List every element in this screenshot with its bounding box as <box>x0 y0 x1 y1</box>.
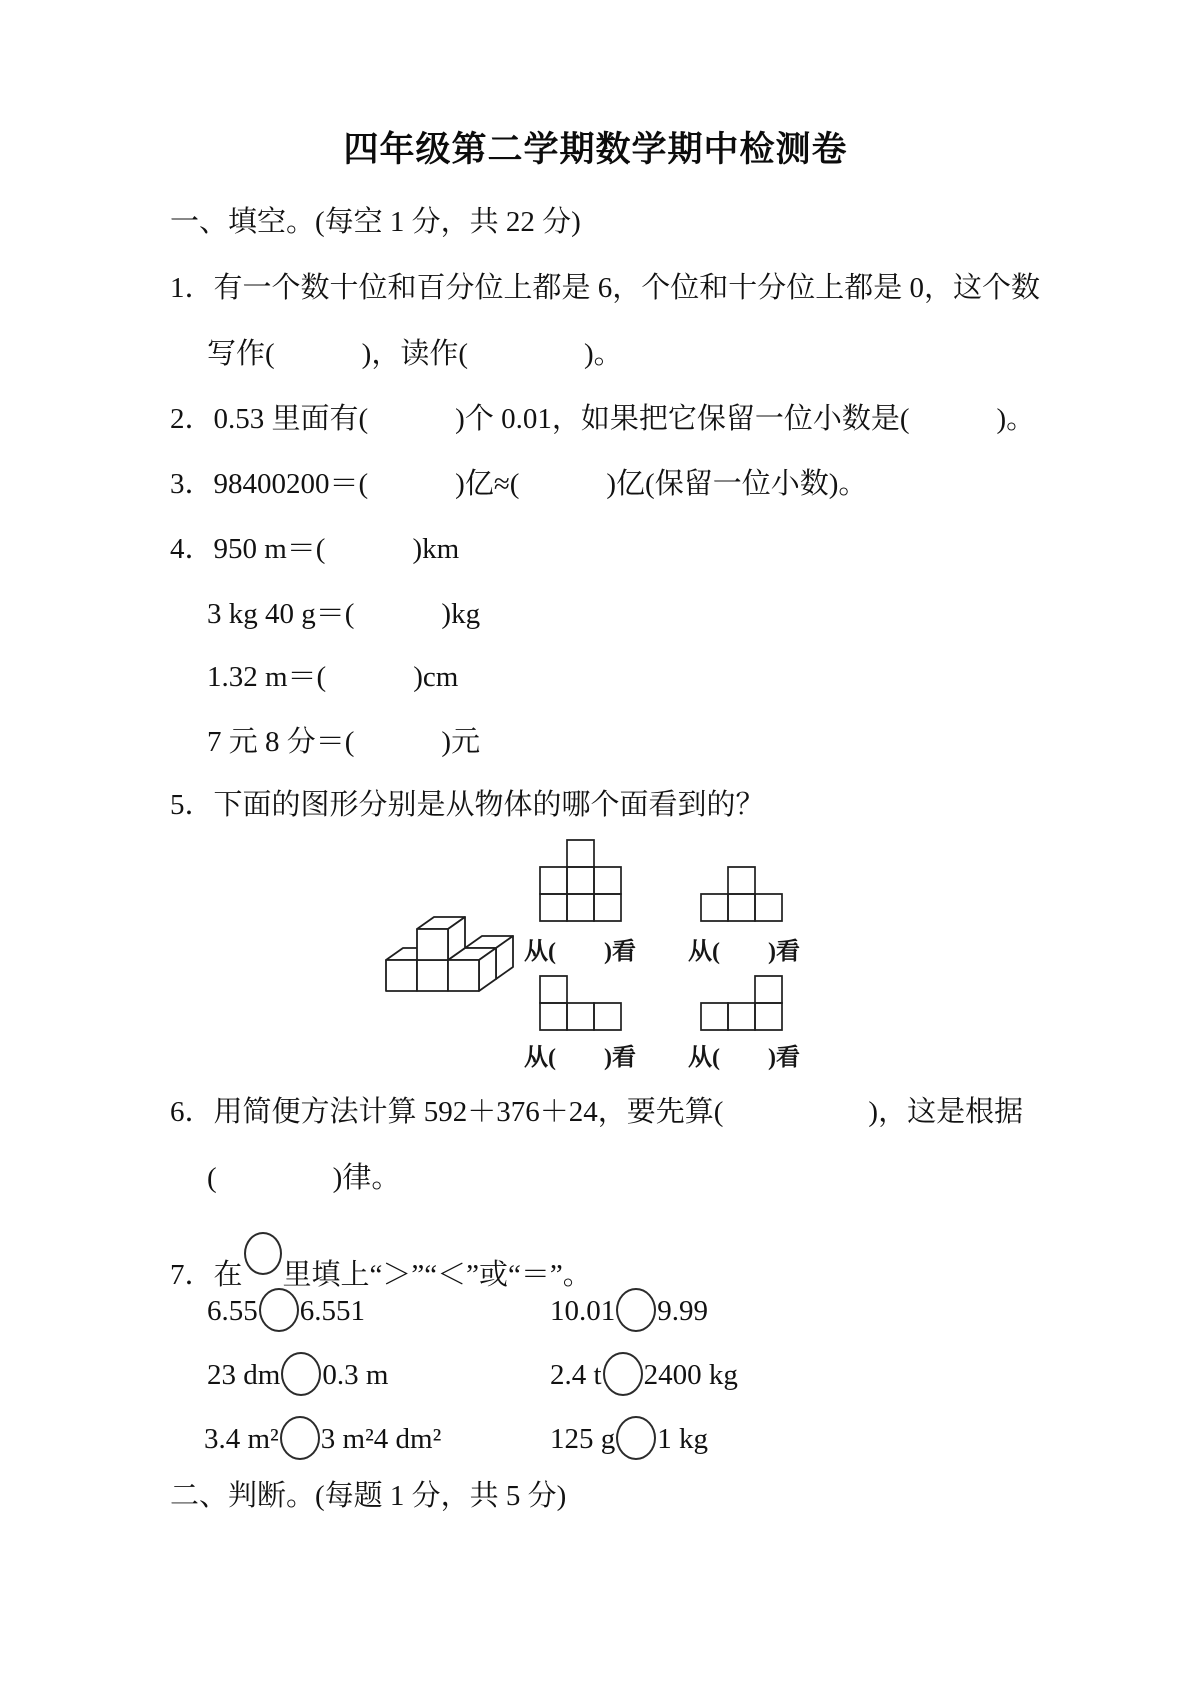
projection-shape-1 <box>539 839 622 922</box>
compare-item-4: 2.4 t2400 kg <box>550 1352 738 1396</box>
compare-right: 3 m²4 dm² <box>321 1423 442 1455</box>
view-blank-label-4: 从( )看 <box>688 1037 800 1072</box>
q1-line2: 写作( )，读作( )。 <box>207 336 623 372</box>
compare-left: 10.01 <box>550 1295 615 1327</box>
compare-right: 0.3 m <box>322 1359 388 1391</box>
compare-left: 23 dm <box>207 1359 280 1391</box>
q7-prefix: 7．在 <box>170 1259 243 1291</box>
compare-left: 125 g <box>550 1423 615 1455</box>
compare-left: 3.4 m² <box>204 1423 279 1455</box>
comparison-circle <box>616 1288 656 1332</box>
compare-right: 9.99 <box>657 1295 708 1327</box>
view-blank-label-1: 从( )看 <box>524 931 636 966</box>
cube-stack-3d-figure <box>384 903 516 995</box>
q2-line: 2．0.53 里面有( )个 0.01，如果把它保留一位小数是( )。 <box>170 401 1035 437</box>
compare-item-6: 125 g1 kg <box>550 1416 708 1460</box>
page-title: 四年级第二学期数学期中检测卷 <box>0 122 1191 172</box>
compare-item-1: 6.556.551 <box>207 1288 365 1332</box>
comparison-circle <box>244 1232 282 1275</box>
comparison-circle <box>603 1352 643 1396</box>
q4-line4: 7 元 8 分＝( )元 <box>207 724 480 760</box>
compare-right: 1 kg <box>657 1423 708 1455</box>
compare-item-5: 3.4 m²3 m²4 dm² <box>204 1416 441 1460</box>
compare-item-2: 10.019.99 <box>550 1288 708 1332</box>
q7-suffix: 里填上“＞”“＜”或“＝”。 <box>283 1259 592 1291</box>
compare-left: 2.4 t <box>550 1359 602 1391</box>
section1-heading: 一、填空。(每空 1 分，共 22 分) <box>170 204 581 240</box>
view-blank-label-2: 从( )看 <box>688 931 800 966</box>
q7-heading: 7．在里填上“＞”“＜”或“＝”。 <box>170 1232 592 1293</box>
q6-line2: ( )律。 <box>207 1160 400 1196</box>
projection-shape-3 <box>539 975 622 1031</box>
comparison-circle <box>280 1416 320 1460</box>
compare-left: 6.55 <box>207 1295 258 1327</box>
exam-page: 四年级第二学期数学期中检测卷 一、填空。(每空 1 分，共 22 分) 1．有一… <box>0 0 1191 1684</box>
compare-right: 6.551 <box>300 1295 365 1327</box>
q1-line1: 1．有一个数十位和百分位上都是 6，个位和十分位上都是 0，这个数 <box>170 270 1040 306</box>
q4-line1: 4．950 m＝( )km <box>170 531 459 567</box>
compare-right: 2400 kg <box>644 1359 738 1391</box>
view-blank-label-3: 从( )看 <box>524 1037 636 1072</box>
section2-heading: 二、判断。(每题 1 分，共 5 分) <box>170 1478 566 1514</box>
compare-item-3: 23 dm0.3 m <box>207 1352 388 1396</box>
q4-line2: 3 kg 40 g＝( )kg <box>207 596 480 632</box>
q6-line1: 6．用简便方法计算 592＋376＋24，要先算( )，这是根据 <box>170 1094 1023 1130</box>
q3-line: 3．98400200＝( )亿≈( )亿(保留一位小数)。 <box>170 466 867 502</box>
q5-text: 5．下面的图形分别是从物体的哪个面看到的？ <box>170 787 765 823</box>
projection-shape-2 <box>700 866 783 922</box>
comparison-circle <box>281 1352 321 1396</box>
q4-line3: 1.32 m＝( )cm <box>207 659 458 695</box>
comparison-circle <box>616 1416 656 1460</box>
comparison-circle <box>259 1288 299 1332</box>
projection-shape-4 <box>700 975 783 1031</box>
